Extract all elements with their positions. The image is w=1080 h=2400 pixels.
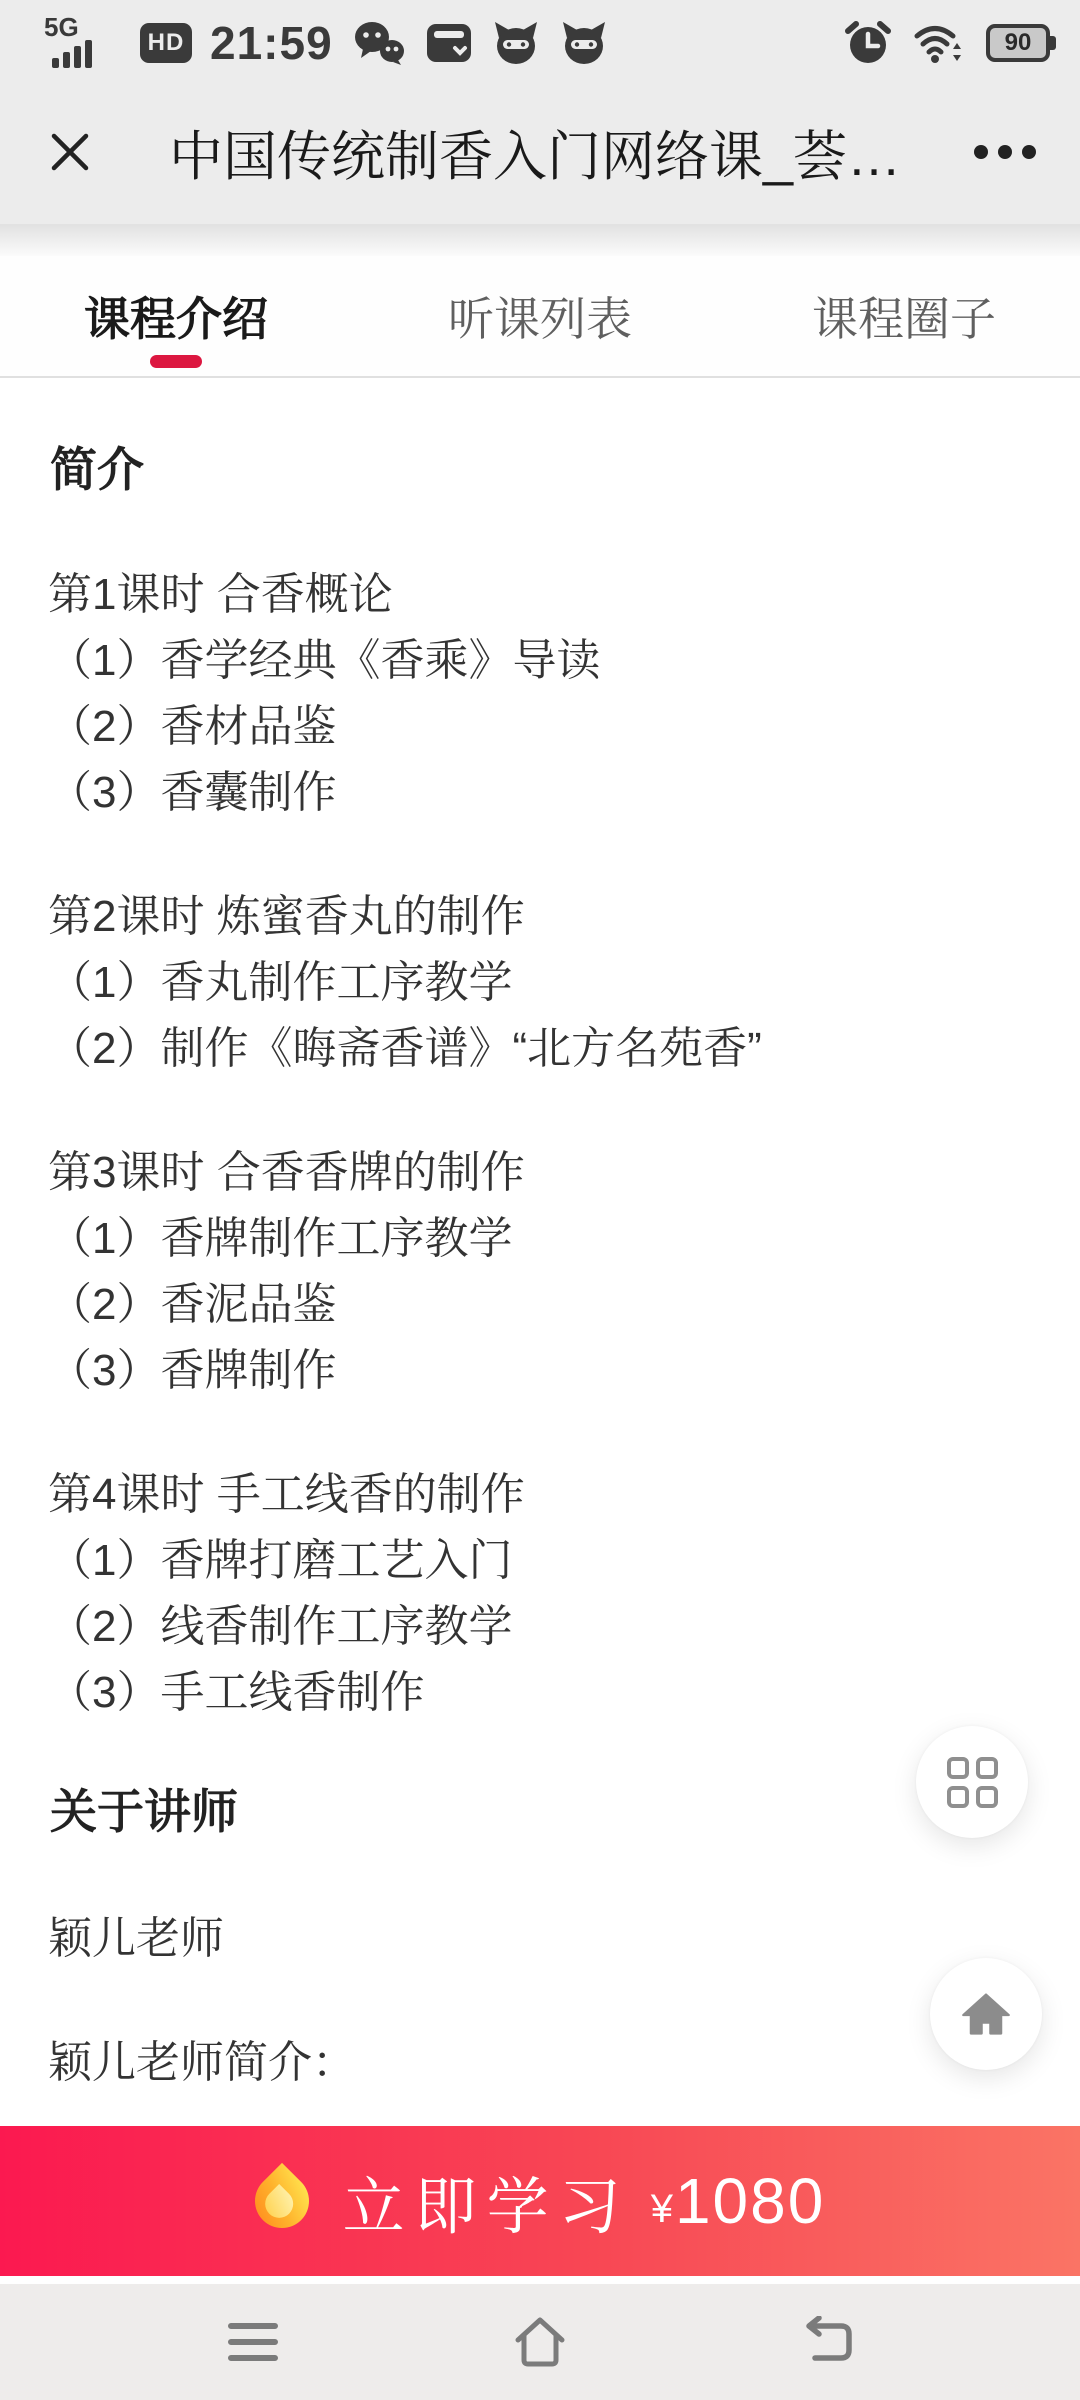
- intro-heading: 简介: [50, 442, 1040, 498]
- buy-now-button[interactable]: 立即学习 ¥ 1080: [0, 2126, 1080, 2276]
- home-icon: [960, 1988, 1012, 2040]
- section-item: （3）香囊制作: [48, 760, 1040, 826]
- alarm-clock-icon: [844, 19, 892, 67]
- section-title: 第4课时 手工线香的制作: [48, 1462, 1040, 1528]
- currency-symbol: ¥: [651, 2187, 673, 2232]
- page-title: 中国传统制香入门网络课_荟…: [96, 114, 974, 191]
- course-outline: 第1课时 合香概论（1）香学经典《香乘》导读（2）香材品鉴（3）香囊制作第2课时…: [48, 562, 1040, 1726]
- home-float-button[interactable]: [930, 1958, 1042, 2070]
- status-bar-right: 90: [844, 19, 1050, 67]
- section-title: 第2课时 炼蜜香丸的制作: [48, 884, 1040, 950]
- course-intro-content: 简介 第1课时 合香概论（1）香学经典《香乘》导读（2）香材品鉴（3）香囊制作第…: [0, 378, 1080, 2096]
- tab-label: 课程介绍: [84, 283, 268, 349]
- section-item: （2）香材品鉴: [48, 694, 1040, 760]
- buy-now-label: 立即学习: [343, 2157, 631, 2246]
- menu-icon: [223, 2318, 283, 2366]
- teacher-intro-label: 颖儿老师简介：: [48, 2030, 1040, 2096]
- close-x-icon[interactable]: [44, 126, 96, 178]
- status-time: 21:59: [210, 16, 333, 70]
- course-section: 第4课时 手工线香的制作（1）香牌打磨工艺入门（2）线香制作工序教学（3）手工线…: [48, 1462, 1040, 1726]
- course-section: 第2课时 炼蜜香丸的制作（1）香丸制作工序教学（2）制作《晦斋香谱》“北方名苑香…: [48, 884, 1040, 1082]
- active-tab-underline: [150, 355, 202, 368]
- section-item: （3）香牌制作: [48, 1338, 1040, 1404]
- signal-bars-icon: 5G: [44, 14, 122, 72]
- section-title: 第3课时 合香香牌的制作: [48, 1140, 1040, 1206]
- titlebar-shadow: [0, 224, 1080, 256]
- price-value: 1080: [675, 2164, 825, 2238]
- card-icon: [425, 22, 473, 64]
- ox-icon: [559, 20, 609, 66]
- course-section: 第3课时 合香香牌的制作（1）香牌制作工序教学（2）香泥品鉴（3）香牌制作: [48, 1140, 1040, 1404]
- section-item: （2）线香制作工序教学: [48, 1594, 1040, 1660]
- section-item: （1）香丸制作工序教学: [48, 950, 1040, 1016]
- tab-label: 课程圈子: [812, 283, 996, 349]
- section-item: （3）手工线香制作: [48, 1660, 1040, 1726]
- tab-label: 听课列表: [448, 283, 632, 349]
- grid-menu-icon: [947, 1757, 998, 1808]
- section-title: 第1课时 合香概论: [48, 562, 1040, 628]
- battery-icon: 90: [986, 24, 1050, 62]
- section-item: （2）香泥品鉴: [48, 1272, 1040, 1338]
- nav-menu-button[interactable]: [223, 2318, 283, 2366]
- signal-bars-icon: [52, 38, 94, 68]
- ox-icon: [491, 20, 541, 66]
- battery-level: 90: [1005, 29, 1032, 57]
- tab-听课列表[interactable]: 听课列表: [448, 256, 632, 376]
- fire-icon: [243, 2163, 319, 2239]
- nav-back-button[interactable]: [797, 2316, 857, 2368]
- home-outline-icon: [508, 2314, 572, 2370]
- tab-课程介绍[interactable]: 课程介绍: [84, 256, 268, 376]
- hd-icon: HD: [140, 23, 192, 63]
- section-item: （2）制作《晦斋香谱》“北方名苑香”: [48, 1016, 1040, 1082]
- wechat-icon: [351, 20, 407, 66]
- nav-home-button[interactable]: [508, 2314, 572, 2370]
- section-item: （1）香学经典《香乘》导读: [48, 628, 1040, 694]
- grid-menu-button[interactable]: [916, 1726, 1028, 1838]
- title-bar: 中国传统制香入门网络课_荟…: [0, 80, 1080, 224]
- section-item: （1）香牌打磨工艺入门: [48, 1528, 1040, 1594]
- system-nav-bar: [0, 2284, 1080, 2400]
- teacher-name: 颖儿老师: [48, 1906, 1040, 1972]
- course-section: 第1课时 合香概论（1）香学经典《香乘》导读（2）香材品鉴（3）香囊制作: [48, 562, 1040, 826]
- more-dots-icon[interactable]: [974, 145, 1036, 159]
- teacher-heading: 关于讲师: [50, 1784, 1040, 1840]
- tab-bar: 课程介绍听课列表课程圈子: [0, 256, 1080, 378]
- tab-课程圈子[interactable]: 课程圈子: [812, 256, 996, 376]
- status-bar: 5G HD 21:59: [0, 0, 1080, 80]
- wifi-icon: [912, 21, 966, 65]
- section-item: （1）香牌制作工序教学: [48, 1206, 1040, 1272]
- back-icon: [797, 2316, 857, 2368]
